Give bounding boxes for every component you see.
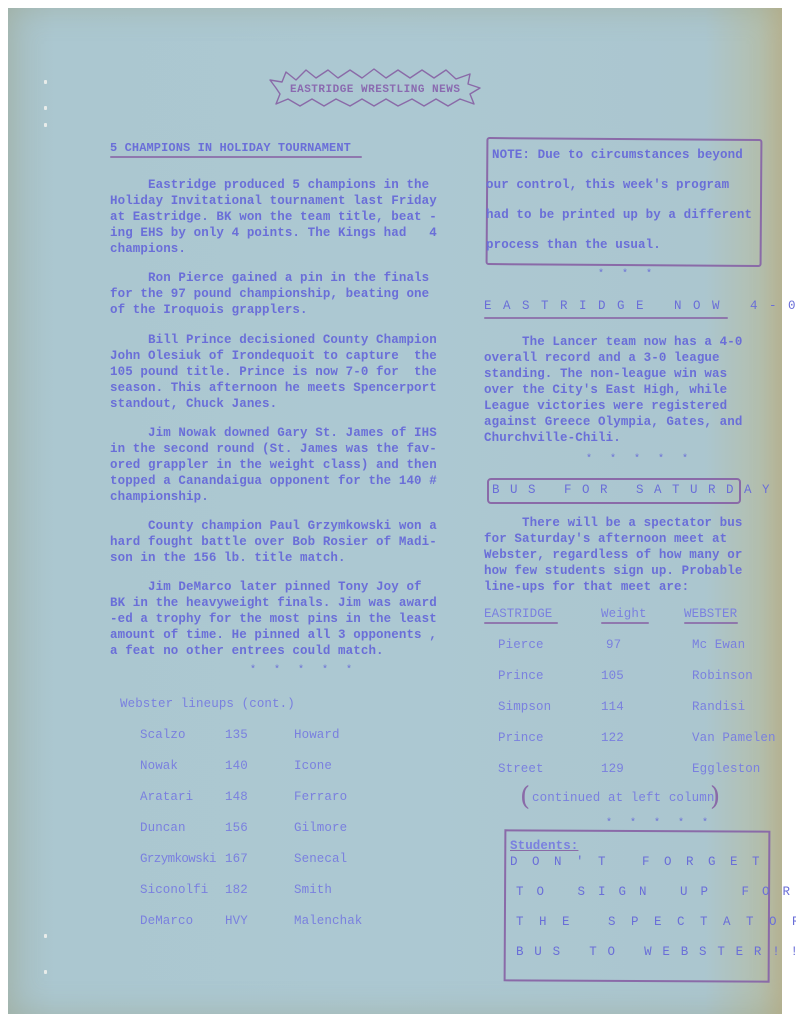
- text-line: our control, this week's program: [486, 177, 729, 193]
- headline-champions: 5 CHAMPIONS IN HOLIDAY TOURNAMENT: [110, 140, 351, 156]
- text-line: Churchville-Chili.: [484, 430, 621, 446]
- eastridge-name: Aratari: [140, 789, 193, 805]
- text-line: standing. The non-league win was: [484, 366, 727, 382]
- weight-class: 122: [601, 730, 624, 746]
- text-line: The Lancer team now has a 4-0: [484, 334, 742, 350]
- eastridge-name: Prince: [498, 730, 544, 746]
- text-line: for the 97 pound championship, beating o…: [110, 286, 429, 302]
- text-line: BUS TO WEBSTER!!: [516, 944, 796, 960]
- webster-name: Mc Ewan: [692, 637, 745, 653]
- webster-name: Robinson: [692, 668, 753, 684]
- eastridge-name: Pierce: [498, 637, 544, 653]
- header-underline: [601, 622, 649, 624]
- text-line: topped a Canandaigua opponent for the 14…: [110, 473, 437, 489]
- eastridge-name: DeMarco: [140, 913, 193, 929]
- text-line: season. This afternoon he meets Spencerp…: [110, 380, 437, 396]
- text-line: ing EHS by only 4 points. The Kings had …: [110, 225, 437, 241]
- text-line: son in the 156 lb. title match.: [110, 550, 346, 566]
- header-underline: [484, 622, 558, 624]
- newsletter-page: EASTRIDGE WRESTLING NEWS 5 CHAMPIONS IN …: [8, 8, 782, 1014]
- text-line: BK in the heavyweight finals. Jim was aw…: [110, 595, 437, 611]
- text-line: amount of time. He pinned all 3 opponent…: [110, 627, 437, 643]
- text-line: TO SIGN UP FOR: [516, 884, 796, 900]
- webster-name: Gilmore: [294, 820, 347, 836]
- punch-mark: [44, 106, 47, 110]
- text-line: a feat no other entrees could match.: [110, 643, 384, 659]
- column-header-webster: WEBSTER: [684, 606, 737, 622]
- punch-mark: [44, 123, 47, 127]
- text-line: line-ups for that meet are:: [484, 579, 689, 595]
- weight-class: 129: [601, 761, 624, 777]
- masthead-title: EASTRIDGE WRESTLING NEWS: [290, 84, 460, 96]
- weight-class: 148: [225, 789, 248, 805]
- open-paren-icon: (: [520, 782, 530, 812]
- eastridge-name: Prince: [498, 668, 544, 684]
- weight-class: 135: [225, 727, 248, 743]
- weight-class: 156: [225, 820, 248, 836]
- text-line: County champion Paul Grzymkowski won a: [110, 518, 437, 534]
- separator-dots: * * * * *: [606, 818, 714, 829]
- header-underline: [684, 622, 738, 624]
- continued-note-text: continued at left column: [532, 790, 714, 806]
- text-line: Jim DeMarco later pinned Tony Joy of: [110, 579, 422, 595]
- webster-name: Van Pamelen: [692, 730, 776, 746]
- webster-name: Eggleston: [692, 761, 760, 777]
- weight-class: 114: [601, 699, 624, 715]
- eastridge-name: Simpson: [498, 699, 551, 715]
- text-line: THE SPECTATOR: [516, 914, 796, 930]
- text-line: NOTE: Due to circumstances beyond: [492, 147, 743, 163]
- text-line: -ed a trophy for the most pins in the le…: [110, 611, 437, 627]
- text-line: Bill Prince decisioned County Champion: [110, 332, 437, 348]
- punch-mark: [44, 970, 47, 974]
- separator-dots: * * *: [598, 269, 658, 280]
- eastridge-name: Siconolfi: [140, 882, 208, 898]
- headline-bus: BUS FOR SATURDAY: [492, 482, 780, 498]
- text-line: process than the usual.: [486, 237, 661, 253]
- close-paren-icon: ): [710, 782, 720, 812]
- text-line: in the second round (St. James was the f…: [110, 441, 437, 457]
- column-header-weight: Weight: [601, 606, 647, 622]
- text-line: Webster, regardless of how many or: [484, 547, 742, 563]
- webster-name: Randisi: [692, 699, 745, 715]
- punch-mark: [44, 934, 47, 938]
- text-line: League victories were registered: [484, 398, 727, 414]
- text-line: hard fought battle over Bob Rosier of Ma…: [110, 534, 437, 550]
- eastridge-name: Scalzo: [140, 727, 186, 743]
- punch-mark: [44, 80, 47, 84]
- webster-lineup-heading: Webster lineups (cont.): [120, 696, 295, 712]
- text-line: John Olesiuk of Irondequoit to capture t…: [110, 348, 437, 364]
- text-line: champions.: [110, 241, 186, 257]
- webster-name: Howard: [294, 727, 340, 743]
- text-line: overall record and a 3-0 league: [484, 350, 720, 366]
- weight-class: 97: [606, 637, 621, 653]
- text-line: Eastridge produced 5 champions in the: [110, 177, 429, 193]
- eastridge-name: Duncan: [140, 820, 186, 836]
- text-line: Jim Nowak downed Gary St. James of IHS: [110, 425, 437, 441]
- webster-name: Malenchak: [294, 913, 362, 929]
- webster-name: Icone: [294, 758, 332, 774]
- text-line: against Greece Olympia, Gates, and: [484, 414, 742, 430]
- separator-dots: * * * * *: [586, 454, 694, 465]
- webster-name: Senecal: [294, 851, 347, 867]
- text-line: There will be a spectator bus: [484, 515, 742, 531]
- text-line: ored grappler in the weight class) and t…: [110, 457, 437, 473]
- weight-class: 105: [601, 668, 624, 684]
- text-line: for Saturday's afternoon meet at: [484, 531, 727, 547]
- separator-dots: * * * * *: [250, 665, 358, 676]
- masthead: EASTRIDGE WRESTLING NEWS: [266, 66, 486, 110]
- column-header-eastridge: EASTRIDGE: [484, 606, 552, 622]
- headline-underline: [484, 317, 728, 319]
- text-line: DON'T FORGET: [510, 854, 774, 870]
- text-line: 105 pound title. Prince is now 7-0 for t…: [110, 364, 437, 380]
- weight-class: 140: [225, 758, 248, 774]
- text-line: standout, Chuck Janes.: [110, 396, 277, 412]
- weight-class: 182: [225, 882, 248, 898]
- webster-name: Ferraro: [294, 789, 347, 805]
- headline-underline: [110, 156, 362, 158]
- text-line: at Eastridge. BK won the team title, bea…: [110, 209, 437, 225]
- eastridge-name: Grzymkowski: [140, 851, 216, 867]
- headline-record: EASTRIDGE NOW 4-0: [484, 298, 796, 314]
- text-line: championship.: [110, 489, 209, 505]
- text-line: of the Iroquois grapplers.: [110, 302, 308, 318]
- weight-class: 167: [225, 851, 248, 867]
- weight-class: HVY: [225, 913, 248, 929]
- text-line: had to be printed up by a different: [486, 207, 752, 223]
- eastridge-name: Street: [498, 761, 544, 777]
- text-line: Holiday Invitational tournament last Fri…: [110, 193, 437, 209]
- students-label: Students:: [510, 838, 578, 854]
- text-line: over the City's East High, while: [484, 382, 727, 398]
- eastridge-name: Nowak: [140, 758, 178, 774]
- webster-name: Smith: [294, 882, 332, 898]
- text-line: Ron Pierce gained a pin in the finals: [110, 270, 429, 286]
- text-line: how few students sign up. Probable: [484, 563, 742, 579]
